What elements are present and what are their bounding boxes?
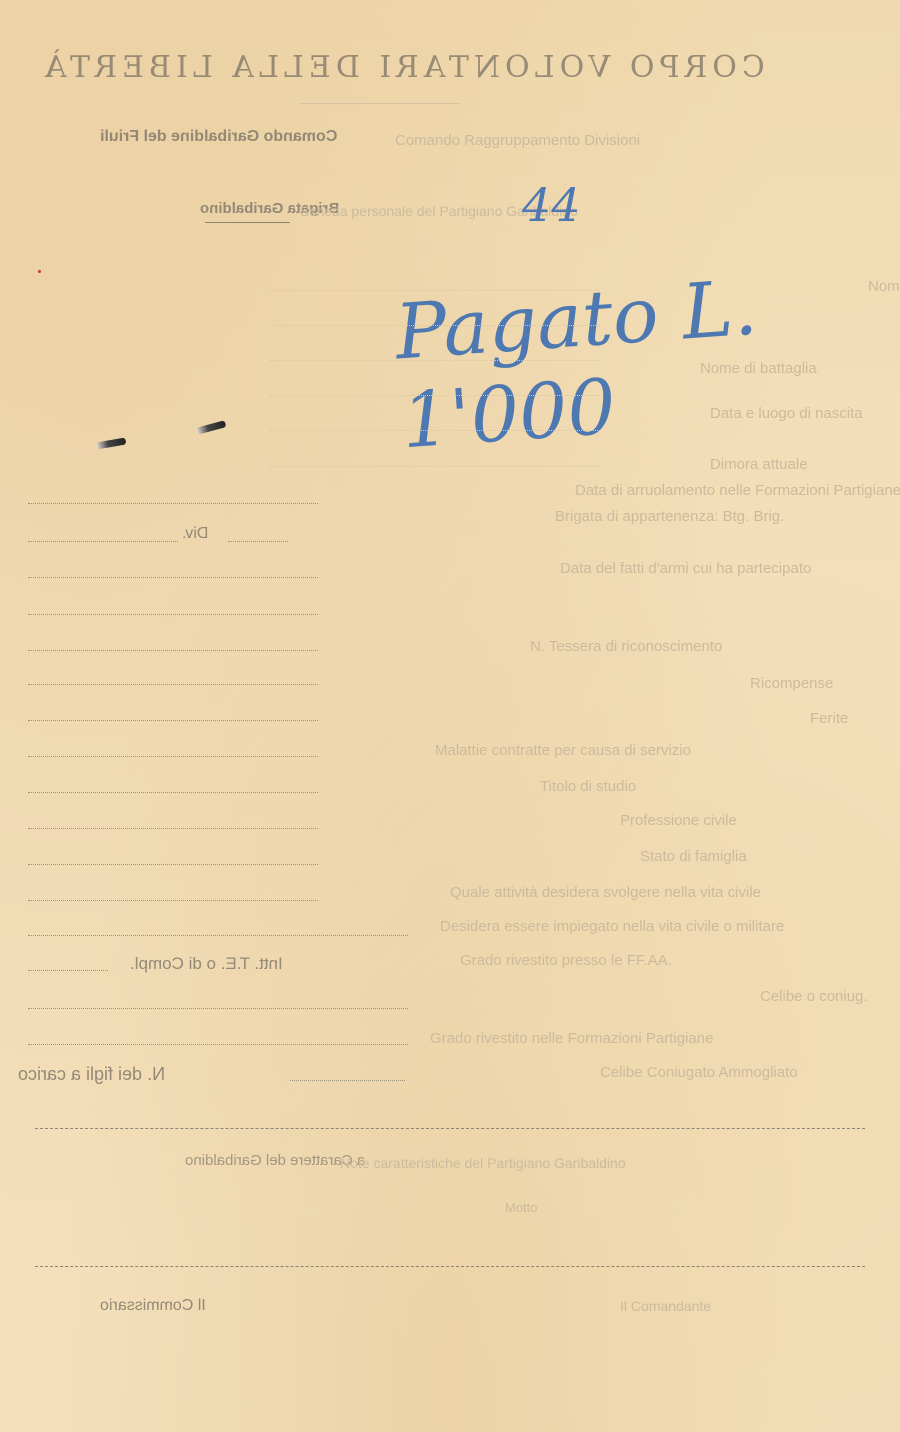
header-subtitle-ghost: Comando Raggruppamento Divisioni	[395, 132, 640, 149]
ghost-fill-line	[270, 395, 600, 396]
header-subtitle-mirrored: Comando Garibaldine del Friuli	[100, 128, 337, 146]
ghost-label: Malattie contratte per causa di servizio	[435, 742, 691, 759]
footer-rule-top	[35, 1128, 865, 1129]
form-line	[28, 864, 318, 865]
document-page: CORPO VOLONTARI DELLA LIBERTÀ Comando Ga…	[0, 0, 900, 1432]
ghost-label: Grado rivestito presso le FF.AA.	[460, 952, 672, 969]
staple-mark-right	[196, 420, 227, 435]
handwritten-number: 44	[522, 178, 581, 232]
ghost-fill-line	[270, 430, 600, 431]
form-line	[28, 1008, 408, 1009]
figli-label: N. dei figli a carico	[18, 1064, 165, 1085]
form-line	[28, 684, 318, 685]
header-rule	[300, 103, 460, 104]
staple-mark-left	[96, 437, 127, 449]
ghost-label: N. Tessera di riconoscimento	[530, 638, 722, 655]
form-line	[28, 577, 318, 578]
header-unit-underline	[205, 222, 290, 223]
ghost-fill-line	[270, 360, 600, 361]
form-line	[28, 900, 318, 901]
ghost-label: Stato di famiglia	[640, 848, 747, 865]
ghost-label: Dimora attuale	[710, 456, 808, 473]
ghost-label: Quale attività desidera svolgere nella v…	[450, 884, 761, 901]
comandante-label-ghost: Il Comandante	[620, 1298, 711, 1314]
handwritten-payment: Pagato L. 1'000	[392, 253, 900, 466]
ghost-label: Ricompense	[750, 675, 833, 692]
commissario-label: Il Commissario	[100, 1297, 206, 1315]
ghost-label: Nome e Cognome	[868, 278, 900, 295]
ghost-label: Celibe o coniug.	[760, 988, 868, 1005]
footer-rule-bottom	[35, 1266, 865, 1267]
form-line	[228, 541, 288, 542]
ghost-label: Celibe Coniugato Ammogliato	[600, 1064, 798, 1081]
ghost-label: Data e luogo di nascita	[710, 405, 863, 422]
form-line	[28, 614, 318, 615]
compl-label: Intt. T.E. o di Compl.	[130, 954, 283, 974]
form-line	[28, 503, 318, 504]
ghost-label: Brigata di appartenenza: Btg. Brig.	[555, 508, 784, 525]
form-line	[28, 720, 318, 721]
form-line	[28, 935, 408, 936]
form-line	[28, 650, 318, 651]
ghost-label: Ferite	[810, 710, 848, 727]
ink-speck	[38, 270, 41, 273]
form-line	[28, 792, 318, 793]
div-label: Div.	[182, 525, 208, 543]
ghost-label: Professione civile	[620, 812, 737, 829]
form-line	[28, 541, 178, 542]
ghost-fill-line	[270, 466, 600, 467]
form-line	[28, 1044, 408, 1045]
ghost-label: Titolo di studio	[540, 778, 636, 795]
header-title: CORPO VOLONTARI DELLA LIBERTÀ	[40, 50, 765, 85]
ghost-label: Grado rivestito nelle Formazioni Partigi…	[430, 1030, 713, 1047]
form-line	[290, 1080, 405, 1081]
form-line	[28, 756, 318, 757]
form-line	[28, 828, 318, 829]
ghost-label: Desidera essere impiegato nella vita civ…	[440, 918, 784, 935]
ghost-label: Data del fatti d'armi cui ha partecipato	[560, 560, 811, 577]
form-line	[28, 970, 108, 971]
footer-sub-ghost: Motto	[505, 1200, 538, 1215]
ghost-label: Nome di battaglia	[700, 360, 817, 377]
ghost-fill-line	[270, 325, 600, 326]
footer-note-mirrored: a Carattere del Garibaldino	[185, 1152, 365, 1169]
footer-note-ghost: Note caratteristiche del Partigiano Gari…	[340, 1155, 626, 1171]
ghost-label: Data di arruolamento nelle Formazioni Pa…	[575, 482, 900, 499]
ghost-fill-line	[270, 290, 600, 291]
